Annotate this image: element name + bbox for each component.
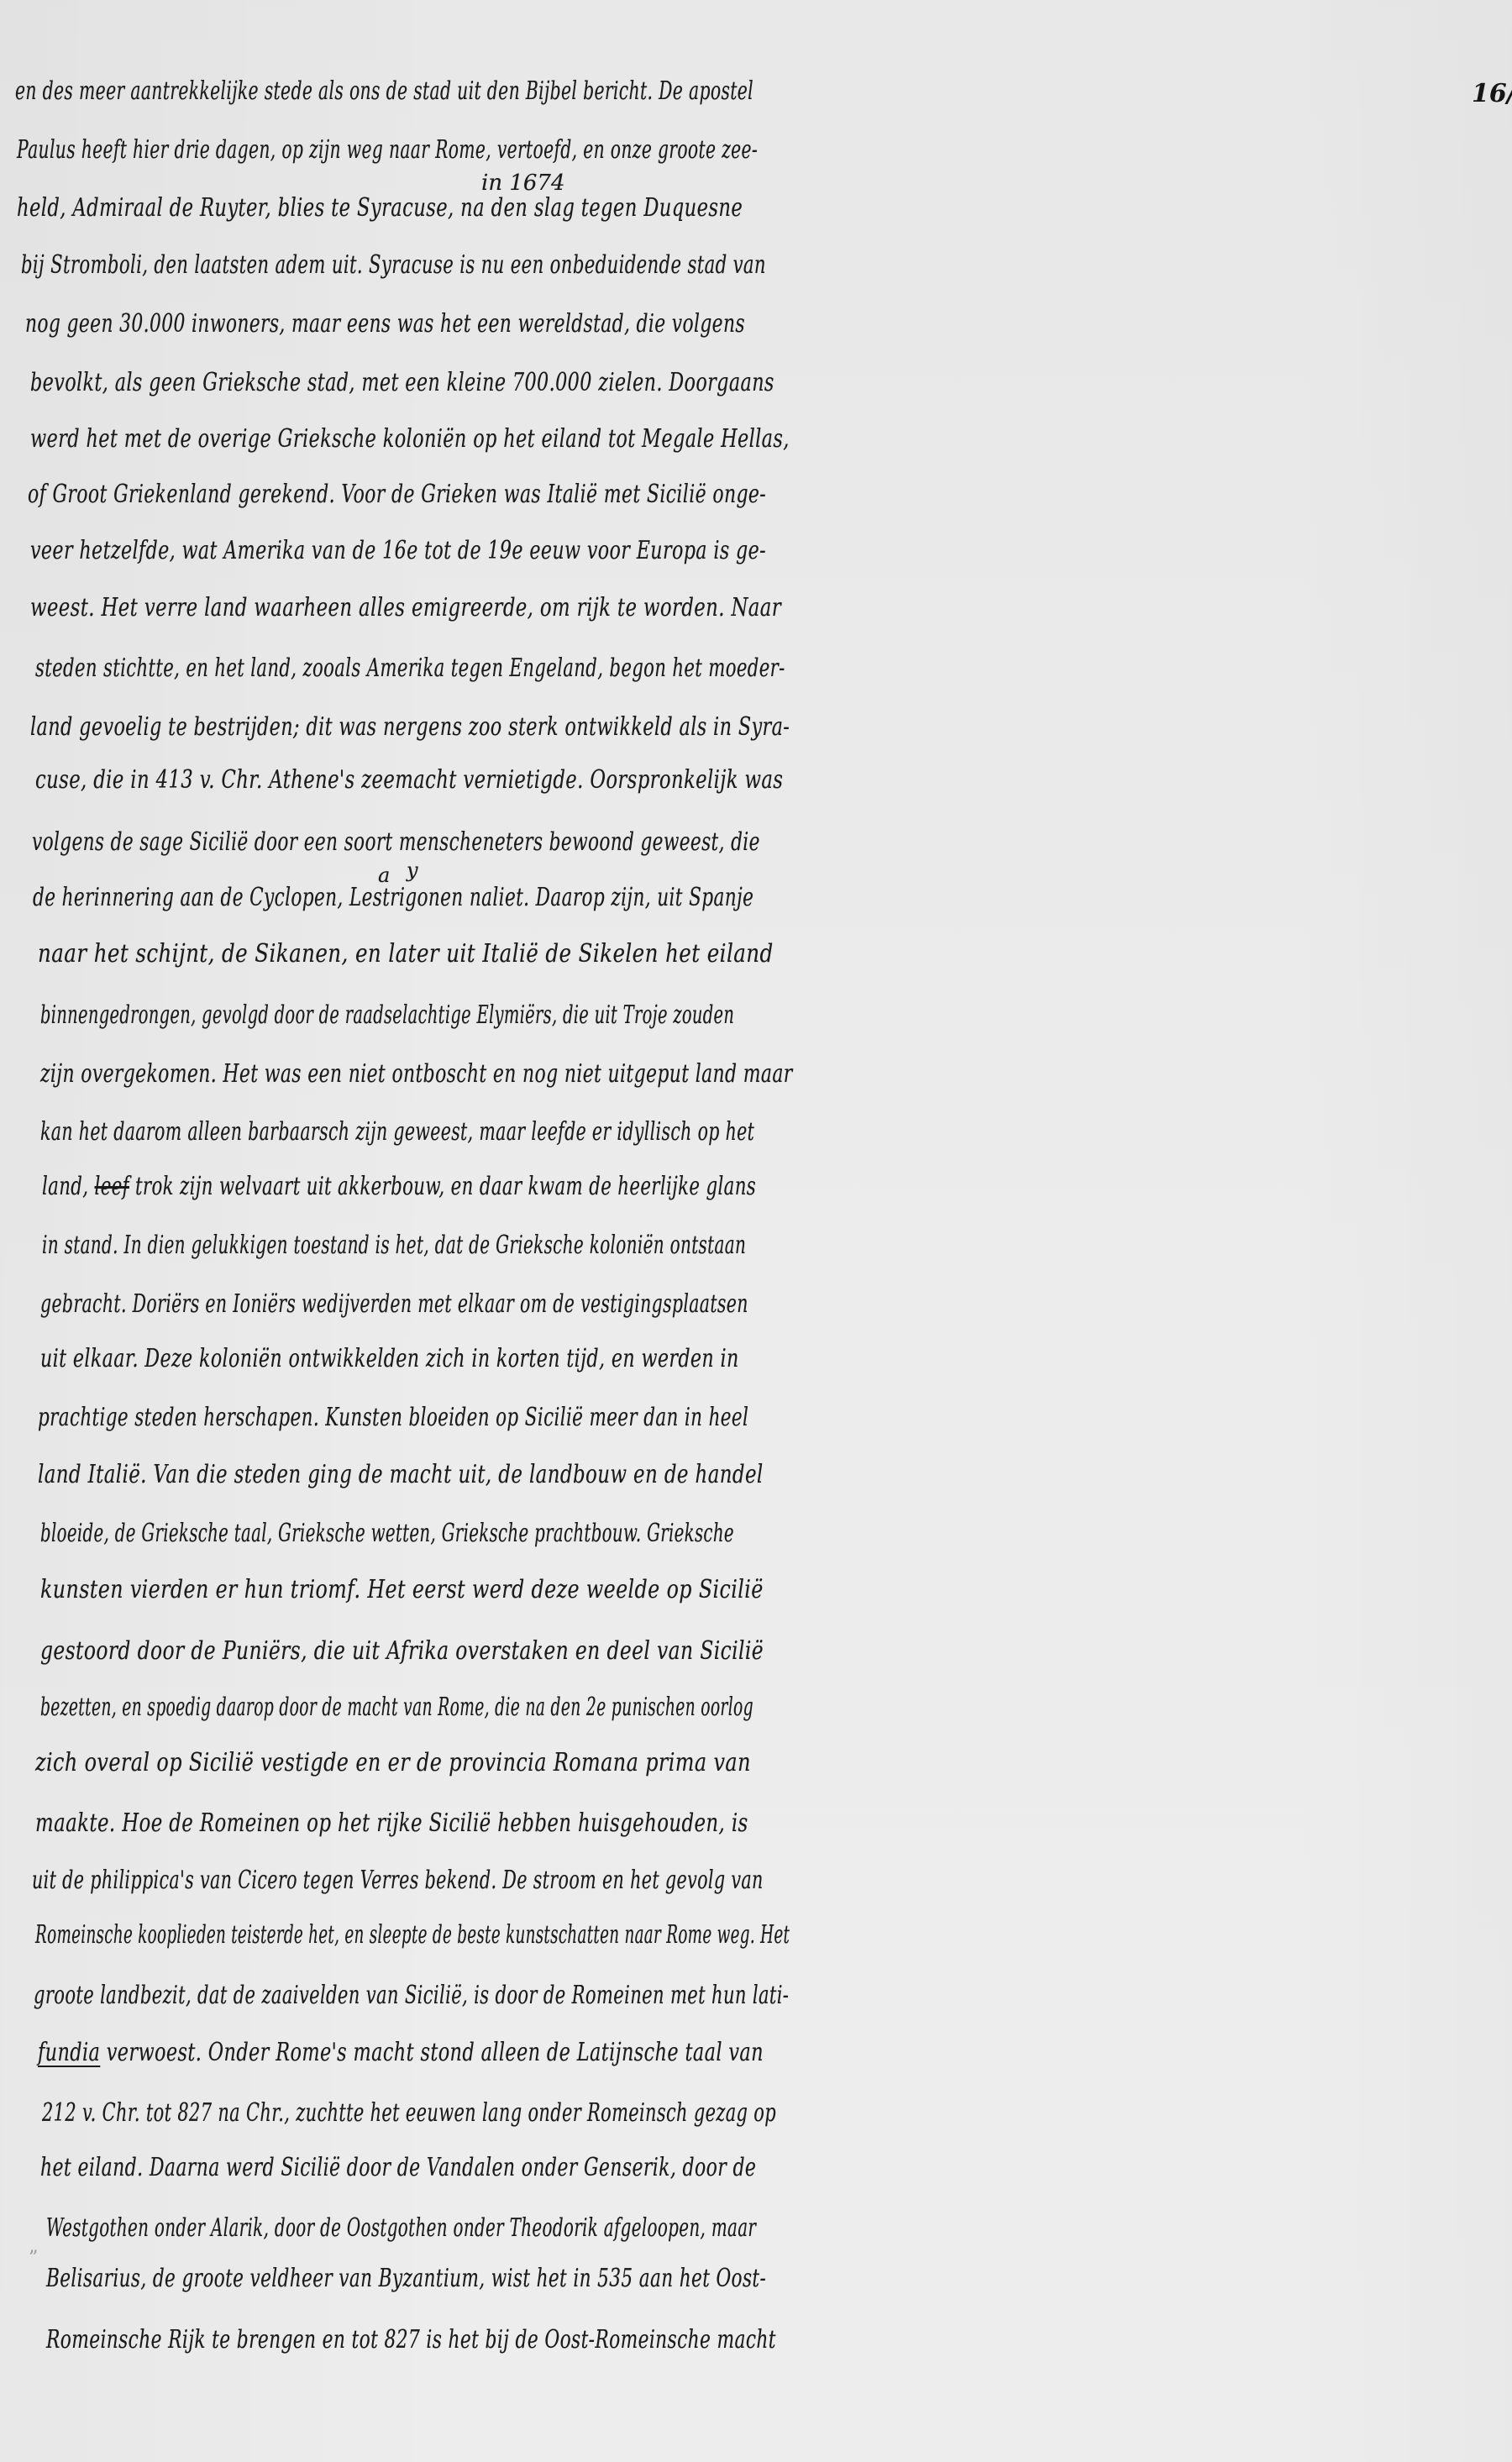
manuscript-line: en des meer aantrekkelijke stede als ons…: [15, 75, 753, 108]
manuscript-page: 16/- in 1674 a y ” en des meer aantrekke…: [0, 0, 1512, 2462]
line-text: nog geen 30.000 inwoners, maar eens was …: [25, 309, 745, 339]
line-text: maakte. Hoe de Romeinen op het rijke Sic…: [35, 1808, 748, 1838]
line-text: binnengedrongen, gevolgd door de raadsel…: [40, 1000, 734, 1030]
manuscript-line: prachtige steden herschapen. Kunsten blo…: [38, 1401, 748, 1435]
line-text: Westgothen onder Alarik, door de Oostgot…: [46, 2213, 756, 2243]
line-text: uit elkaar. Deze koloniën ontwikkelden z…: [40, 1344, 739, 1373]
manuscript-line: Romeinsche kooplieden teisterde het, en …: [35, 1919, 790, 1952]
line-text: gebracht. Doriërs en Ioniërs wedijverden…: [40, 1289, 748, 1319]
manuscript-line: land, leef trok zijn welvaart uit akkerb…: [42, 1170, 756, 1204]
line-text: of Groot Griekenland gerekend. Voor de G…: [28, 480, 766, 509]
line-text: land,: [42, 1172, 95, 1201]
manuscript-line: of Groot Griekenland gerekend. Voor de G…: [28, 478, 766, 512]
manuscript-line: nog geen 30.000 inwoners, maar eens was …: [25, 307, 745, 341]
line-text: Belisarius, de groote veldheer van Byzan…: [46, 2264, 766, 2293]
manuscript-line: kunsten vierden er hun triomf. Het eerst…: [40, 1573, 764, 1607]
manuscript-line: steden stichtte, en het land, zooals Ame…: [35, 652, 785, 685]
manuscript-line: de herinnering aan de Cyclopen, Lestrigo…: [33, 881, 753, 915]
line-text: weest. Het verre land waarheen alles emi…: [30, 593, 781, 622]
underlined-word: fundia: [38, 2038, 100, 2067]
manuscript-line: naar het schijnt, de Sikanen, en later u…: [38, 937, 774, 971]
line-text: uit de philippica's van Cicero tegen Ver…: [32, 1866, 764, 1895]
manuscript-line: fundia verwoest. Onder Rome's macht ston…: [38, 2036, 764, 2070]
line-text: volgens de sage Sicilië door een soort m…: [32, 827, 760, 857]
line-text: 212 v. Chr. tot 827 na Chr., zuchtte het…: [42, 2098, 776, 2128]
manuscript-line: uit elkaar. Deze koloniën ontwikkelden z…: [40, 1342, 739, 1376]
line-text: held, Admiraal de Ruyter, blies te Syrac…: [17, 193, 743, 223]
interlinear-correction-y: y: [407, 858, 418, 882]
manuscript-line: Westgothen onder Alarik, door de Oostgot…: [46, 2212, 756, 2245]
manuscript-line: held, Admiraal de Ruyter, blies te Syrac…: [17, 192, 743, 225]
line-text: naar het schijnt, de Sikanen, en later u…: [38, 939, 774, 969]
line-text: veer hetzelfde, wat Amerika van de 16e t…: [30, 536, 766, 565]
line-text: bevolkt, als geen Grieksche stad, met ee…: [30, 368, 774, 397]
line-text: bij Stromboli, den laatsten adem uit. Sy…: [21, 250, 766, 280]
manuscript-line: gebracht. Doriërs en Ioniërs wedijverden…: [40, 1288, 748, 1321]
line-text: land gevoelig te bestrijden; dit was ner…: [30, 712, 790, 742]
line-text: Romeinsche kooplieden teisterde het, en …: [35, 1920, 790, 1950]
manuscript-line: volgens de sage Sicilië door een soort m…: [32, 826, 760, 859]
manuscript-line: werd het met de overige Grieksche koloni…: [30, 423, 790, 456]
line-text: het eiland. Daarna werd Sicilië door de …: [40, 2153, 756, 2182]
manuscript-line: veer hetzelfde, wat Amerika van de 16e t…: [30, 534, 766, 568]
manuscript-line: zich overal op Sicilië vestigde en er de…: [35, 1746, 751, 1780]
line-text: Romeinsche Rijk te brengen en tot 827 is…: [46, 2325, 776, 2354]
line-text: werd het met de overige Grieksche koloni…: [30, 424, 790, 454]
manuscript-line: weest. Het verre land waarheen alles emi…: [30, 591, 781, 625]
line-text: verwoest. Onder Rome's macht stond allee…: [100, 2038, 764, 2067]
manuscript-line: bezetten, en spoedig daarop door de mach…: [40, 1691, 753, 1724]
line-text: prachtige steden herschapen. Kunsten blo…: [38, 1403, 748, 1432]
manuscript-line: gestoord door de Puniërs, die uit Afrika…: [40, 1635, 764, 1668]
line-text: trok zijn welvaart uit akkerbouw, en daa…: [129, 1172, 756, 1201]
line-text: bezetten, en spoedig daarop door de mach…: [40, 1693, 753, 1722]
struck-out-word: leef: [95, 1172, 129, 1201]
line-text: cuse, die in 413 v. Chr. Athene's zeemac…: [35, 765, 783, 795]
line-text: steden stichtte, en het land, zooals Ame…: [35, 654, 785, 683]
line-text: kunsten vierden er hun triomf. Het eerst…: [40, 1575, 764, 1604]
line-text: en des meer aantrekkelijke stede als ons…: [15, 76, 753, 106]
manuscript-line: kan het daarom alleen barbaarsch zijn ge…: [40, 1116, 754, 1149]
line-text: land Italië. Van die steden ging de mach…: [38, 1460, 764, 1489]
manuscript-line: binnengedrongen, gevolgd door de raadsel…: [40, 999, 734, 1032]
manuscript-line: maakte. Hoe de Romeinen op het rijke Sic…: [35, 1807, 748, 1840]
manuscript-line: bevolkt, als geen Grieksche stad, met ee…: [30, 366, 774, 400]
manuscript-line: bij Stromboli, den laatsten adem uit. Sy…: [21, 249, 766, 282]
manuscript-line: groote landbezit, dat de zaaivelden van …: [34, 1979, 789, 2013]
page-number: 16/-: [1472, 79, 1512, 108]
manuscript-line: zijn overgekomen. Het was een niet ontbo…: [40, 1058, 793, 1091]
line-text: kan het daarom alleen barbaarsch zijn ge…: [40, 1117, 754, 1147]
line-text: de herinnering aan de Cyclopen, Lestrigo…: [33, 883, 753, 912]
manuscript-line: Romeinsche Rijk te brengen en tot 827 is…: [46, 2323, 776, 2357]
manuscript-line: 212 v. Chr. tot 827 na Chr., zuchtte het…: [42, 2097, 776, 2130]
line-text: zich overal op Sicilië vestigde en er de…: [35, 1748, 751, 1777]
line-text: Paulus heeft hier drie dagen, op zijn we…: [17, 135, 758, 165]
manuscript-line: land Italië. Van die steden ging de mach…: [38, 1458, 764, 1492]
line-text: in stand. In dien gelukkigen toestand is…: [42, 1231, 746, 1260]
manuscript-line: in stand. In dien gelukkigen toestand is…: [42, 1229, 746, 1262]
manuscript-line: bloeide, de Grieksche taal, Grieksche we…: [40, 1517, 734, 1551]
margin-mark: ”: [29, 2248, 38, 2269]
manuscript-line: Paulus heeft hier drie dagen, op zijn we…: [17, 134, 758, 167]
line-text: groote landbezit, dat de zaaivelden van …: [34, 1981, 789, 2010]
line-text: gestoord door de Puniërs, die uit Afrika…: [40, 1636, 764, 1666]
manuscript-line: het eiland. Daarna werd Sicilië door de …: [40, 2151, 756, 2185]
manuscript-line: Belisarius, de groote veldheer van Byzan…: [46, 2262, 766, 2296]
manuscript-line: cuse, die in 413 v. Chr. Athene's zeemac…: [35, 764, 783, 797]
manuscript-line: land gevoelig te bestrijden; dit was ner…: [30, 711, 790, 744]
manuscript-line: uit de philippica's van Cicero tegen Ver…: [32, 1864, 764, 1898]
line-text: bloeide, de Grieksche taal, Grieksche we…: [40, 1519, 734, 1548]
line-text: zijn overgekomen. Het was een niet ontbo…: [40, 1059, 793, 1089]
